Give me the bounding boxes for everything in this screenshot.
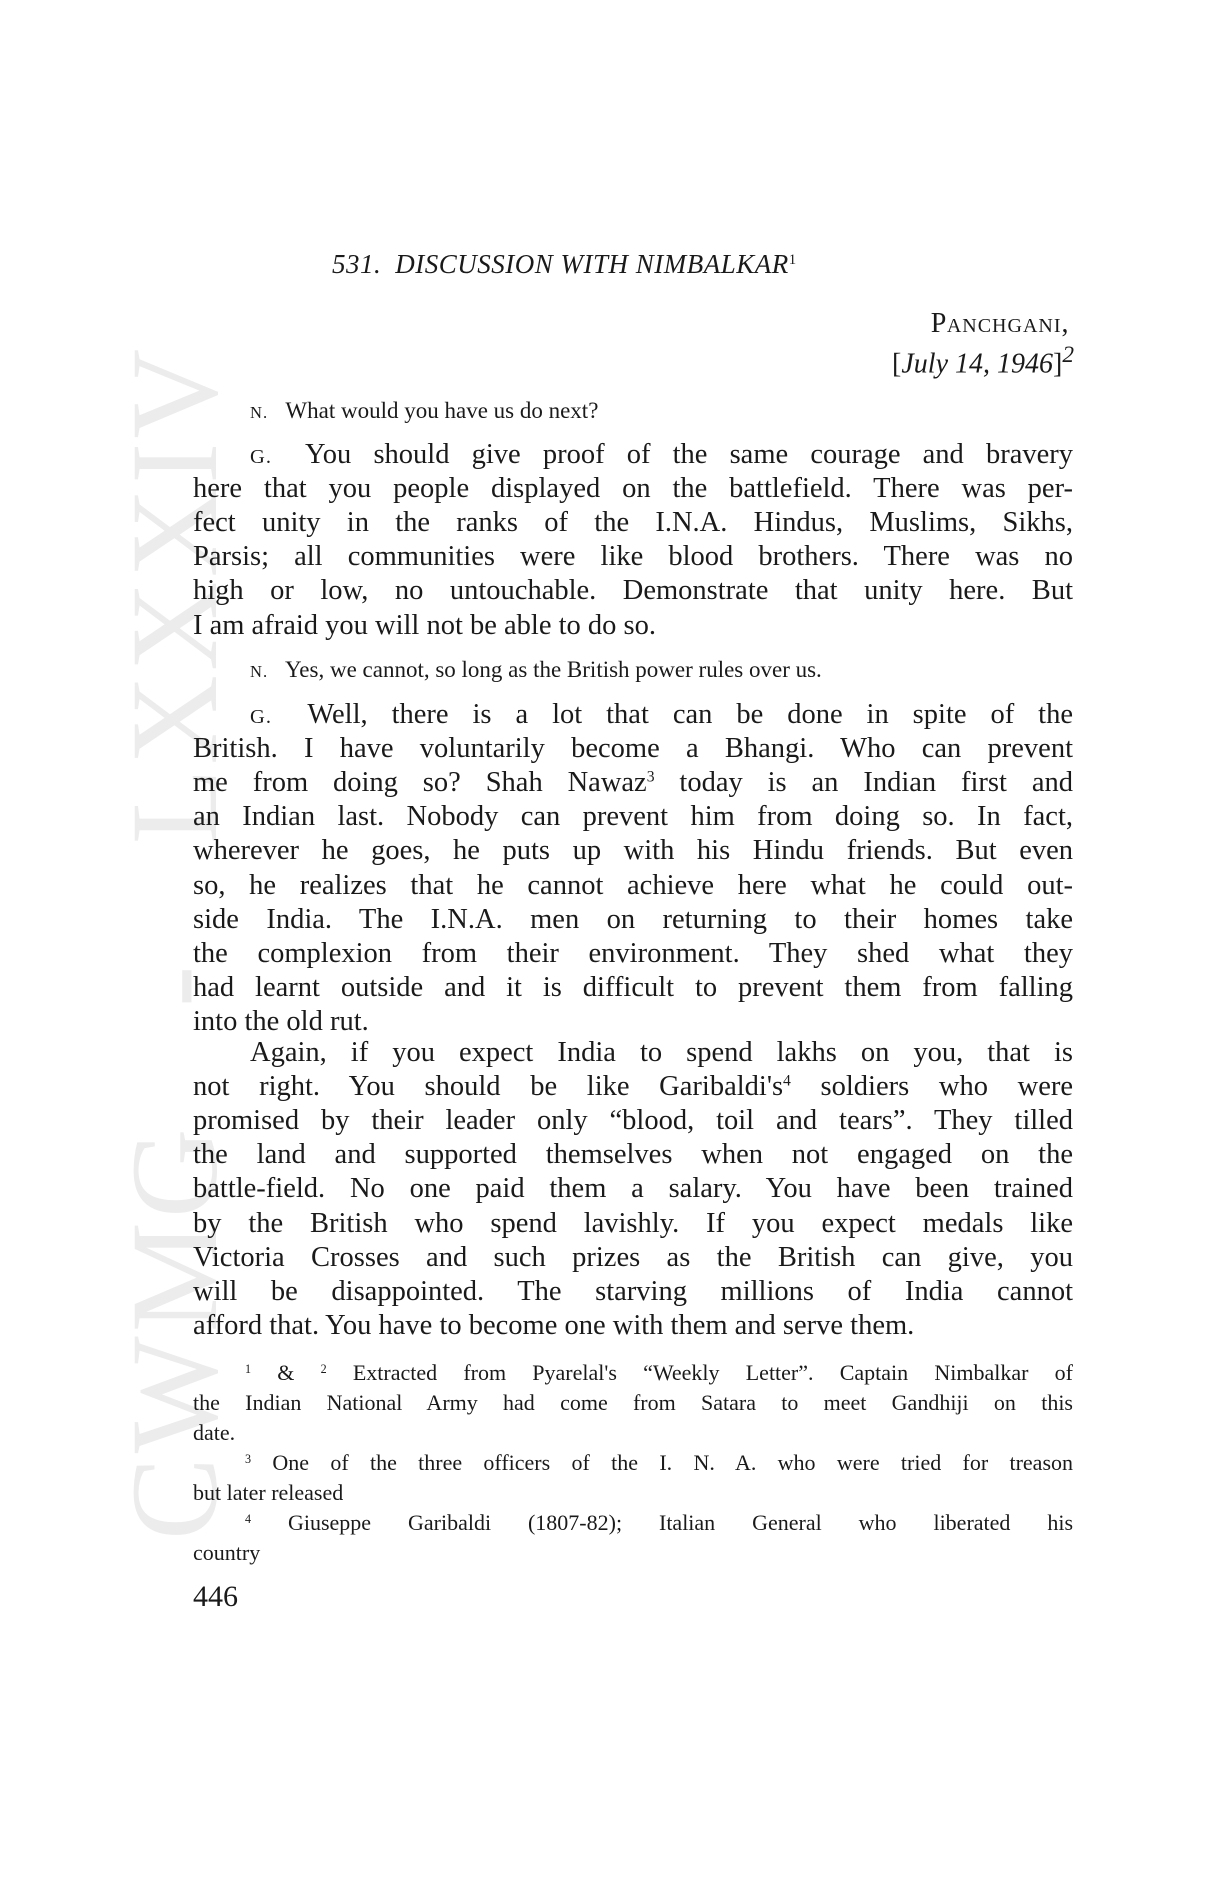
text-line: will be disappointed. The starving milli… [193, 1275, 1073, 1309]
text-line: N. What would you have us do next? [250, 394, 1073, 428]
place-rest: ANCHGANI [947, 315, 1062, 337]
speaker-label: N. [250, 403, 268, 422]
text-line: I am afraid you will not be able to do s… [193, 609, 1073, 643]
date-line: [July 14, 1946]2 [892, 342, 1074, 380]
text-line: the complexion from their environment. T… [193, 937, 1073, 971]
footnote-line: country [193, 1538, 1073, 1568]
footnote-text: Giuseppe Garibaldi (1807-82); Italian Ge… [288, 1510, 1073, 1535]
place-initial: P [931, 308, 947, 339]
footnote-line: the Indian National Army had come from S… [193, 1388, 1073, 1418]
footnote-line: 4 Giuseppe Garibaldi (1807-82); Italian … [245, 1508, 1073, 1538]
text-line: side India. The I.N.A. men on returning … [193, 903, 1073, 937]
text-line: an Indian last. Nobody can prevent him f… [193, 800, 1073, 834]
footnote-ref: 3 [245, 1450, 272, 1475]
text-line: wherever he goes, he puts up with his Hi… [193, 834, 1073, 868]
footnote-ref: 4 [245, 1510, 288, 1535]
text-line: G. You should give proof of the same cou… [250, 438, 1073, 472]
footnote-line: date. [193, 1418, 1073, 1448]
date-text: July 14, 1946 [901, 348, 1053, 379]
title-text: DISCUSSION WITH NIMBALKAR [395, 249, 788, 279]
page-number: 446 [193, 1580, 238, 1614]
text-line: fect unity in the ranks of the I.N.A. Hi… [193, 506, 1073, 540]
footnote-line: 3 One of the three officers of the I. N.… [245, 1448, 1073, 1478]
text-line: high or low, no untouchable. Demonstrate… [193, 574, 1073, 608]
text-line: the land and supported themselves when n… [193, 1138, 1073, 1172]
text-line: promised by their leader only “blood, to… [193, 1104, 1073, 1138]
footnote-ref: 1 & 2 [245, 1360, 353, 1385]
text-line: Victoria Crosses and such prizes as the … [193, 1241, 1073, 1275]
line-text: What would you have us do next? [280, 398, 598, 423]
footnote-text: Extracted from Pyarelal's “Weekly Letter… [353, 1360, 1073, 1385]
date-bracket-close: ] [1053, 348, 1062, 379]
text-line: here that you people displayed on the ba… [193, 472, 1073, 506]
speaker-label: G. [250, 446, 272, 468]
speaker-label: N. [250, 662, 268, 681]
text-line: Parsis; all communities were like blood … [193, 540, 1073, 574]
line-text: You should give proof of the same courag… [284, 439, 1073, 470]
document-number: 531. [332, 249, 381, 279]
footnote-line: but later released [193, 1478, 1073, 1508]
text-line: by the British who spend lavishly. If yo… [193, 1207, 1073, 1241]
place-line: PANCHGANI, [931, 308, 1069, 340]
text-line: me from doing so? Shah Nawaz3 today is a… [193, 766, 1073, 800]
text-line: had learnt outside and it is difficult t… [193, 971, 1073, 1005]
speaker-label: G. [250, 706, 272, 728]
text-line: Again, if you expect India to spend lakh… [250, 1036, 1073, 1070]
date-bracket-open: [ [892, 348, 901, 379]
text-line: G. Well, there is a lot that can be done… [250, 698, 1073, 732]
footnote-line: 1 & 2 Extracted from Pyarelal's “Weekly … [245, 1358, 1073, 1388]
place-punct: , [1062, 308, 1070, 339]
footnote-ref: 1 [789, 252, 797, 268]
footnote-text: One of the three officers of the I. N. A… [272, 1450, 1073, 1475]
text-line: British. I have voluntarily become a Bha… [193, 732, 1073, 766]
text-line: not right. You should be like Garibaldi'… [193, 1070, 1073, 1104]
line-text: Yes, we cannot, so long as the British p… [280, 657, 822, 682]
footnote-ref: 2 [1062, 342, 1074, 368]
document-title: 531.DISCUSSION WITH NIMBALKAR1 [332, 249, 797, 280]
line-text: Well, there is a lot that can be done in… [284, 699, 1073, 730]
text-line: battle-field. No one paid them a salary.… [193, 1172, 1073, 1206]
text-line: N. Yes, we cannot, so long as the Britis… [250, 653, 1073, 687]
text-line: into the old rut. [193, 1005, 1073, 1039]
text-line: afford that. You have to become one with… [193, 1309, 1073, 1343]
text-line: so, he realizes that he cannot achieve h… [193, 869, 1073, 903]
